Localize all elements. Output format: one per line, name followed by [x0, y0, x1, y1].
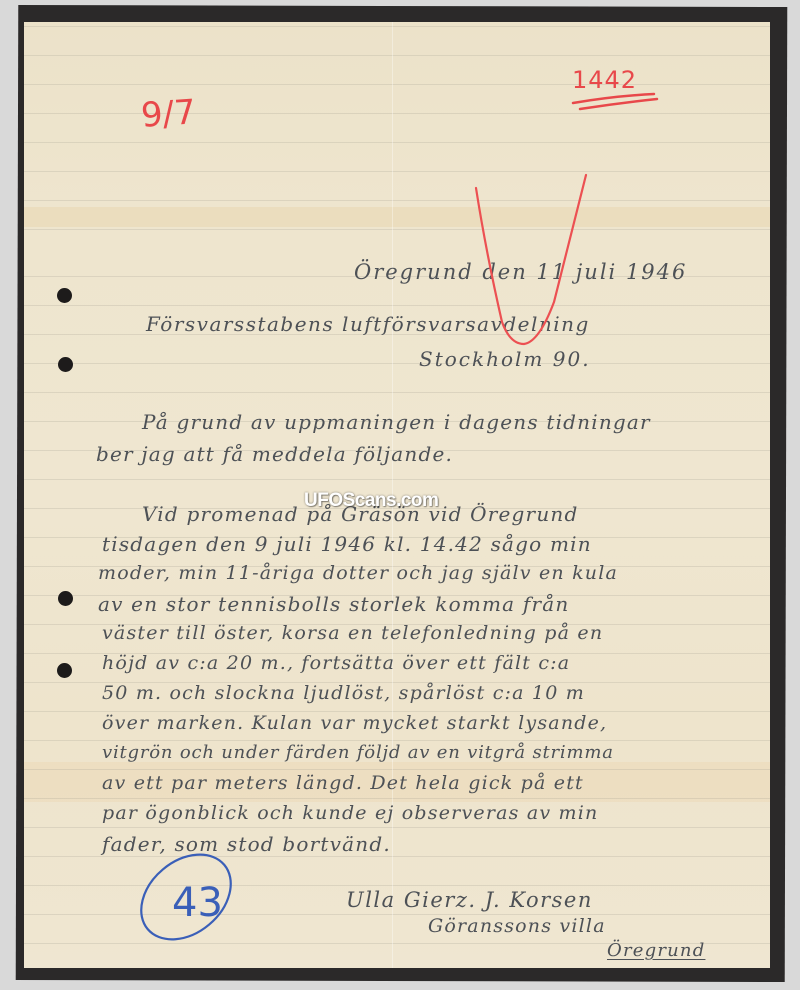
watermark: UFOScans.com: [304, 490, 438, 512]
